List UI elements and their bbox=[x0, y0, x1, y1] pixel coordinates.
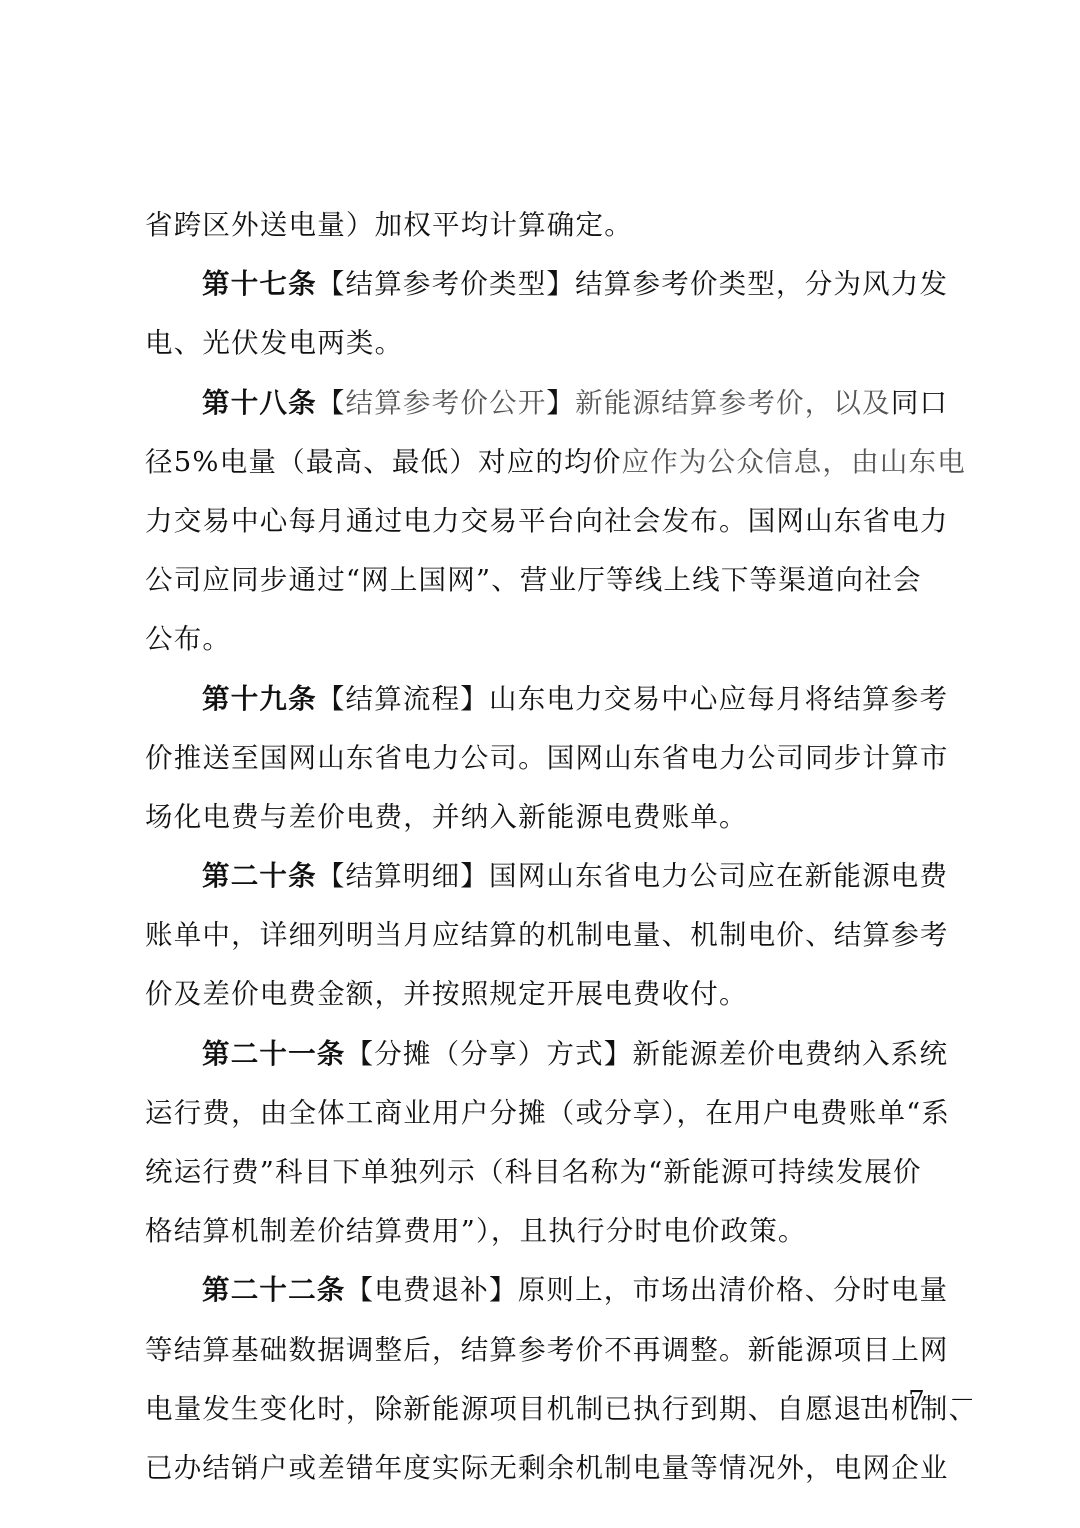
text-segment: 账单中，详细列明当月应结算的机制电量、机制电价、结算参考 bbox=[145, 919, 949, 951]
text-line: 统运行费”科目下单独列示（科目名称为“新能源可持续发展价 bbox=[145, 1143, 945, 1202]
article-first-line: 第二十一条【分摊（分享）方式】新能源差价电费纳入系统 bbox=[145, 1025, 945, 1084]
article-first-line: 第二十二条【电费退补】原则上，市场出清价格、分时电量 bbox=[145, 1261, 945, 1320]
article-number: 第二十一条 bbox=[202, 1038, 346, 1070]
text-segment: 等结算基础数据调整后，结算参考价不再调整。新能源项目上网 bbox=[145, 1334, 949, 1366]
text-segment: 价推送至国网山东省电力公司。国网山东省电力公司同步计算市 bbox=[145, 742, 949, 774]
text-segment: 】 bbox=[546, 387, 575, 419]
text-segment: 径5%电量（最高、最低）对应的均价 bbox=[145, 446, 622, 478]
text-segment: 【结算明细】国网山东省电力公司应在新能源电费 bbox=[317, 860, 948, 892]
article-number: 第十八条 bbox=[202, 387, 317, 419]
text-segment: 运行费，由全体工商业用户分摊（或分享），在用户电费账单“系 bbox=[145, 1097, 950, 1129]
text-line: 径5%电量（最高、最低）对应的均价应作为公众信息，由山东电 bbox=[145, 433, 945, 492]
text-segment: 应作为公众信息，由山东电 bbox=[622, 446, 966, 478]
text-segment: 【结算流程】山东电力交易中心应每月将结算参考 bbox=[317, 683, 948, 715]
text-segment: 新能源结算参考价，以及 bbox=[575, 387, 891, 419]
text-segment: 统运行费”科目下单独列示（科目名称为“新能源可持续发展价 bbox=[145, 1156, 922, 1188]
article-first-line: 第十九条【结算流程】山东电力交易中心应每月将结算参考 bbox=[145, 670, 945, 729]
text-line: 电量发生变化时，除新能源项目机制已执行到期、自愿退出机制、 bbox=[145, 1380, 945, 1439]
text-line: 电、光伏发电两类。 bbox=[145, 314, 945, 373]
text-line: 公布。 bbox=[145, 610, 945, 669]
article-number: 第二十二条 bbox=[202, 1274, 346, 1306]
text-segment: 【电费退补】原则上，市场出清价格、分时电量 bbox=[346, 1274, 949, 1306]
text-segment: 格结算机制差价结算费用”），且执行分时电价政策。 bbox=[145, 1215, 807, 1247]
text-line: 场化电费与差价电费，并纳入新能源电费账单。 bbox=[145, 788, 945, 847]
text-line: 价及差价电费金额，并按照规定开展电费收付。 bbox=[145, 965, 945, 1024]
text-segment: 电量发生变化时，除新能源项目机制已执行到期、自愿退出机制、 bbox=[145, 1393, 977, 1425]
article-number: 第二十条 bbox=[202, 860, 317, 892]
text-line: 账单中，详细列明当月应结算的机制电量、机制电价、结算参考 bbox=[145, 906, 945, 965]
text-segment: 同口 bbox=[891, 387, 948, 419]
text-segment: 力交易中心每月通过电力交易平台向社会发布。国网山东省电力 bbox=[145, 505, 949, 537]
text-line: 力交易中心每月通过电力交易平台向社会发布。国网山东省电力 bbox=[145, 492, 945, 551]
text-segment: 场化电费与差价电费，并纳入新能源电费账单。 bbox=[145, 801, 748, 833]
text-line: 等结算基础数据调整后，结算参考价不再调整。新能源项目上网 bbox=[145, 1321, 945, 1380]
text-line: 省跨区外送电量）加权平均计算确定。 bbox=[145, 196, 945, 255]
article-number: 第十九条 bbox=[202, 683, 317, 715]
text-segment: 公布。 bbox=[145, 623, 231, 655]
text-line: 公司应同步通过“网上国网”、营业厅等线上线下等渠道向社会 bbox=[145, 551, 945, 610]
article-first-line: 第二十条【结算明细】国网山东省电力公司应在新能源电费 bbox=[145, 847, 945, 906]
article-first-line: 第十八条【结算参考价公开】新能源结算参考价，以及同口 bbox=[145, 374, 945, 433]
article-number: 第十七条 bbox=[202, 268, 317, 300]
text-segment: 结算参考价公开 bbox=[346, 387, 547, 419]
text-segment: 已办结销户或差错年度实际无剩余机制电量等情况外，电网企业 bbox=[145, 1452, 949, 1484]
text-segment: 价及差价电费金额，并按照规定开展电费收付。 bbox=[145, 978, 748, 1010]
text-line: 价推送至国网山东省电力公司。国网山东省电力公司同步计算市 bbox=[145, 729, 945, 788]
document-page-body: 省跨区外送电量）加权平均计算确定。第十七条【结算参考价类型】结算参考价类型，分为… bbox=[145, 196, 945, 1498]
text-segment: 公司应同步通过“网上国网”、营业厅等线上线下等渠道向社会 bbox=[145, 564, 922, 596]
page-number: － 7 － bbox=[858, 1380, 983, 1417]
article-first-line: 第十七条【结算参考价类型】结算参考价类型，分为风力发 bbox=[145, 255, 945, 314]
text-segment: 电、光伏发电两类。 bbox=[145, 327, 403, 359]
text-segment: 省跨区外送电量）加权平均计算确定。 bbox=[145, 209, 633, 241]
text-segment: 【分摊（分享）方式】新能源差价电费纳入系统 bbox=[346, 1038, 949, 1070]
text-line: 运行费，由全体工商业用户分摊（或分享），在用户电费账单“系 bbox=[145, 1084, 945, 1143]
text-line: 格结算机制差价结算费用”），且执行分时电价政策。 bbox=[145, 1202, 945, 1261]
text-segment: 【结算参考价类型】结算参考价类型，分为风力发 bbox=[317, 268, 948, 300]
text-line: 已办结销户或差错年度实际无剩余机制电量等情况外，电网企业 bbox=[145, 1439, 945, 1498]
text-segment: 【 bbox=[317, 387, 346, 419]
